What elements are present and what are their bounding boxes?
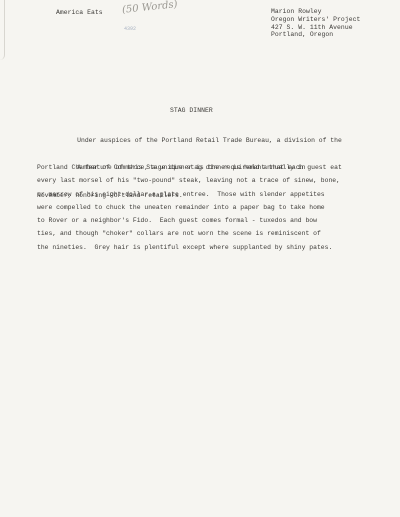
handwritten-note: (50 Words) — [122, 0, 178, 16]
author-street: 427 S. W. 11th Avenue — [271, 24, 360, 32]
collection-title: America Eats — [56, 9, 103, 17]
page-edge-mark — [0, 0, 5, 60]
text-line: or marrow of his eight-dollar-a-plate en… — [37, 191, 342, 204]
text-line: to Rover or a neighbor's Fido. Each gues… — [37, 217, 342, 230]
text-line: were compelled to chuck the uneaten rema… — [37, 204, 342, 217]
text-line: the nineties. Grey hair is plentiful exc… — [37, 244, 342, 257]
author-name: Marion Rowley — [271, 8, 360, 16]
author-org: Oregon Writers' Project — [271, 16, 360, 24]
document-title: STAG DINNER — [170, 107, 213, 115]
paragraph-2: A feature of this Stage dinner is the re… — [58, 164, 342, 257]
text-line: every last morsel of his "two-pound" ste… — [37, 177, 342, 190]
document-page: America Eats (50 Words) 4392 Marion Rowl… — [0, 0, 400, 517]
archive-stamp: 4392 — [124, 26, 136, 32]
text-line: A feature of this Stage dinner is the re… — [58, 164, 342, 177]
text-line: ties, and though "choker" collars are no… — [37, 230, 342, 243]
text-line: Under auspices of the Portland Retail Tr… — [58, 137, 342, 150]
author-address-block: Marion Rowley Oregon Writers' Project 42… — [271, 8, 360, 39]
author-city: Portland, Oregon — [271, 31, 360, 39]
